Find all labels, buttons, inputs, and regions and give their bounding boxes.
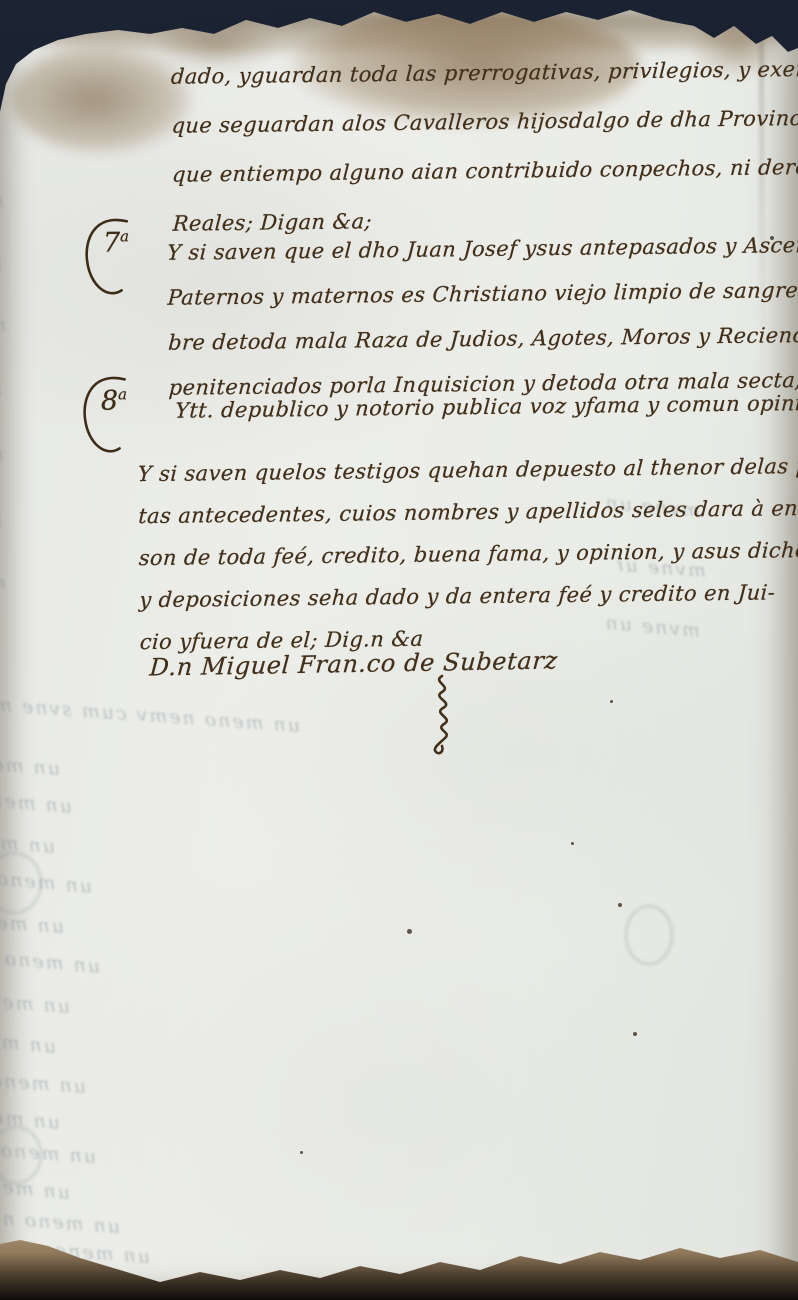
signature-rubric-flourish [428, 672, 462, 756]
manuscript-line: Ytt. depublico y notorio publica voz yfa… [174, 380, 798, 434]
manuscript-line: que seguardan alos Cavalleros hijosdalgo… [170, 93, 798, 151]
manuscript-line: Y si saven que el dho Juan Josef ysus an… [166, 221, 798, 275]
scanned-manuscript: mvne unsm venmmvne unsm venmmvne unsm ve… [0, 0, 798, 1300]
manuscript-leaf: mvne unsm venmmvne unsm venmmvne unsm ve… [0, 0, 798, 1300]
question-number-ordinal: a [118, 385, 127, 403]
question-number: 7a [103, 227, 130, 258]
question-marker-8: 8a [79, 371, 134, 462]
question-number-ordinal: a [120, 227, 129, 245]
manuscript-line: Paternos y maternos es Christiano viejo … [166, 266, 798, 320]
manuscript-line: bre detoda mala Raza de Judios, Agotes, … [167, 311, 798, 365]
paragraph-0: dado, yguardan toda las prerrogativas, p… [171, 44, 798, 249]
question-number: 8a [101, 385, 128, 416]
paragraph-3: Y si saven quelos testigos quehan depues… [138, 444, 798, 663]
manuscript-line: que entiempo alguno aian contribuido con… [171, 142, 798, 200]
manuscript-line: dado, yguardan toda las prerrogativas, p… [170, 44, 798, 102]
question-marker-7: 7a [81, 213, 136, 304]
paragraph-2: Ytt. depublico y notorio publica voz yfa… [175, 380, 798, 434]
